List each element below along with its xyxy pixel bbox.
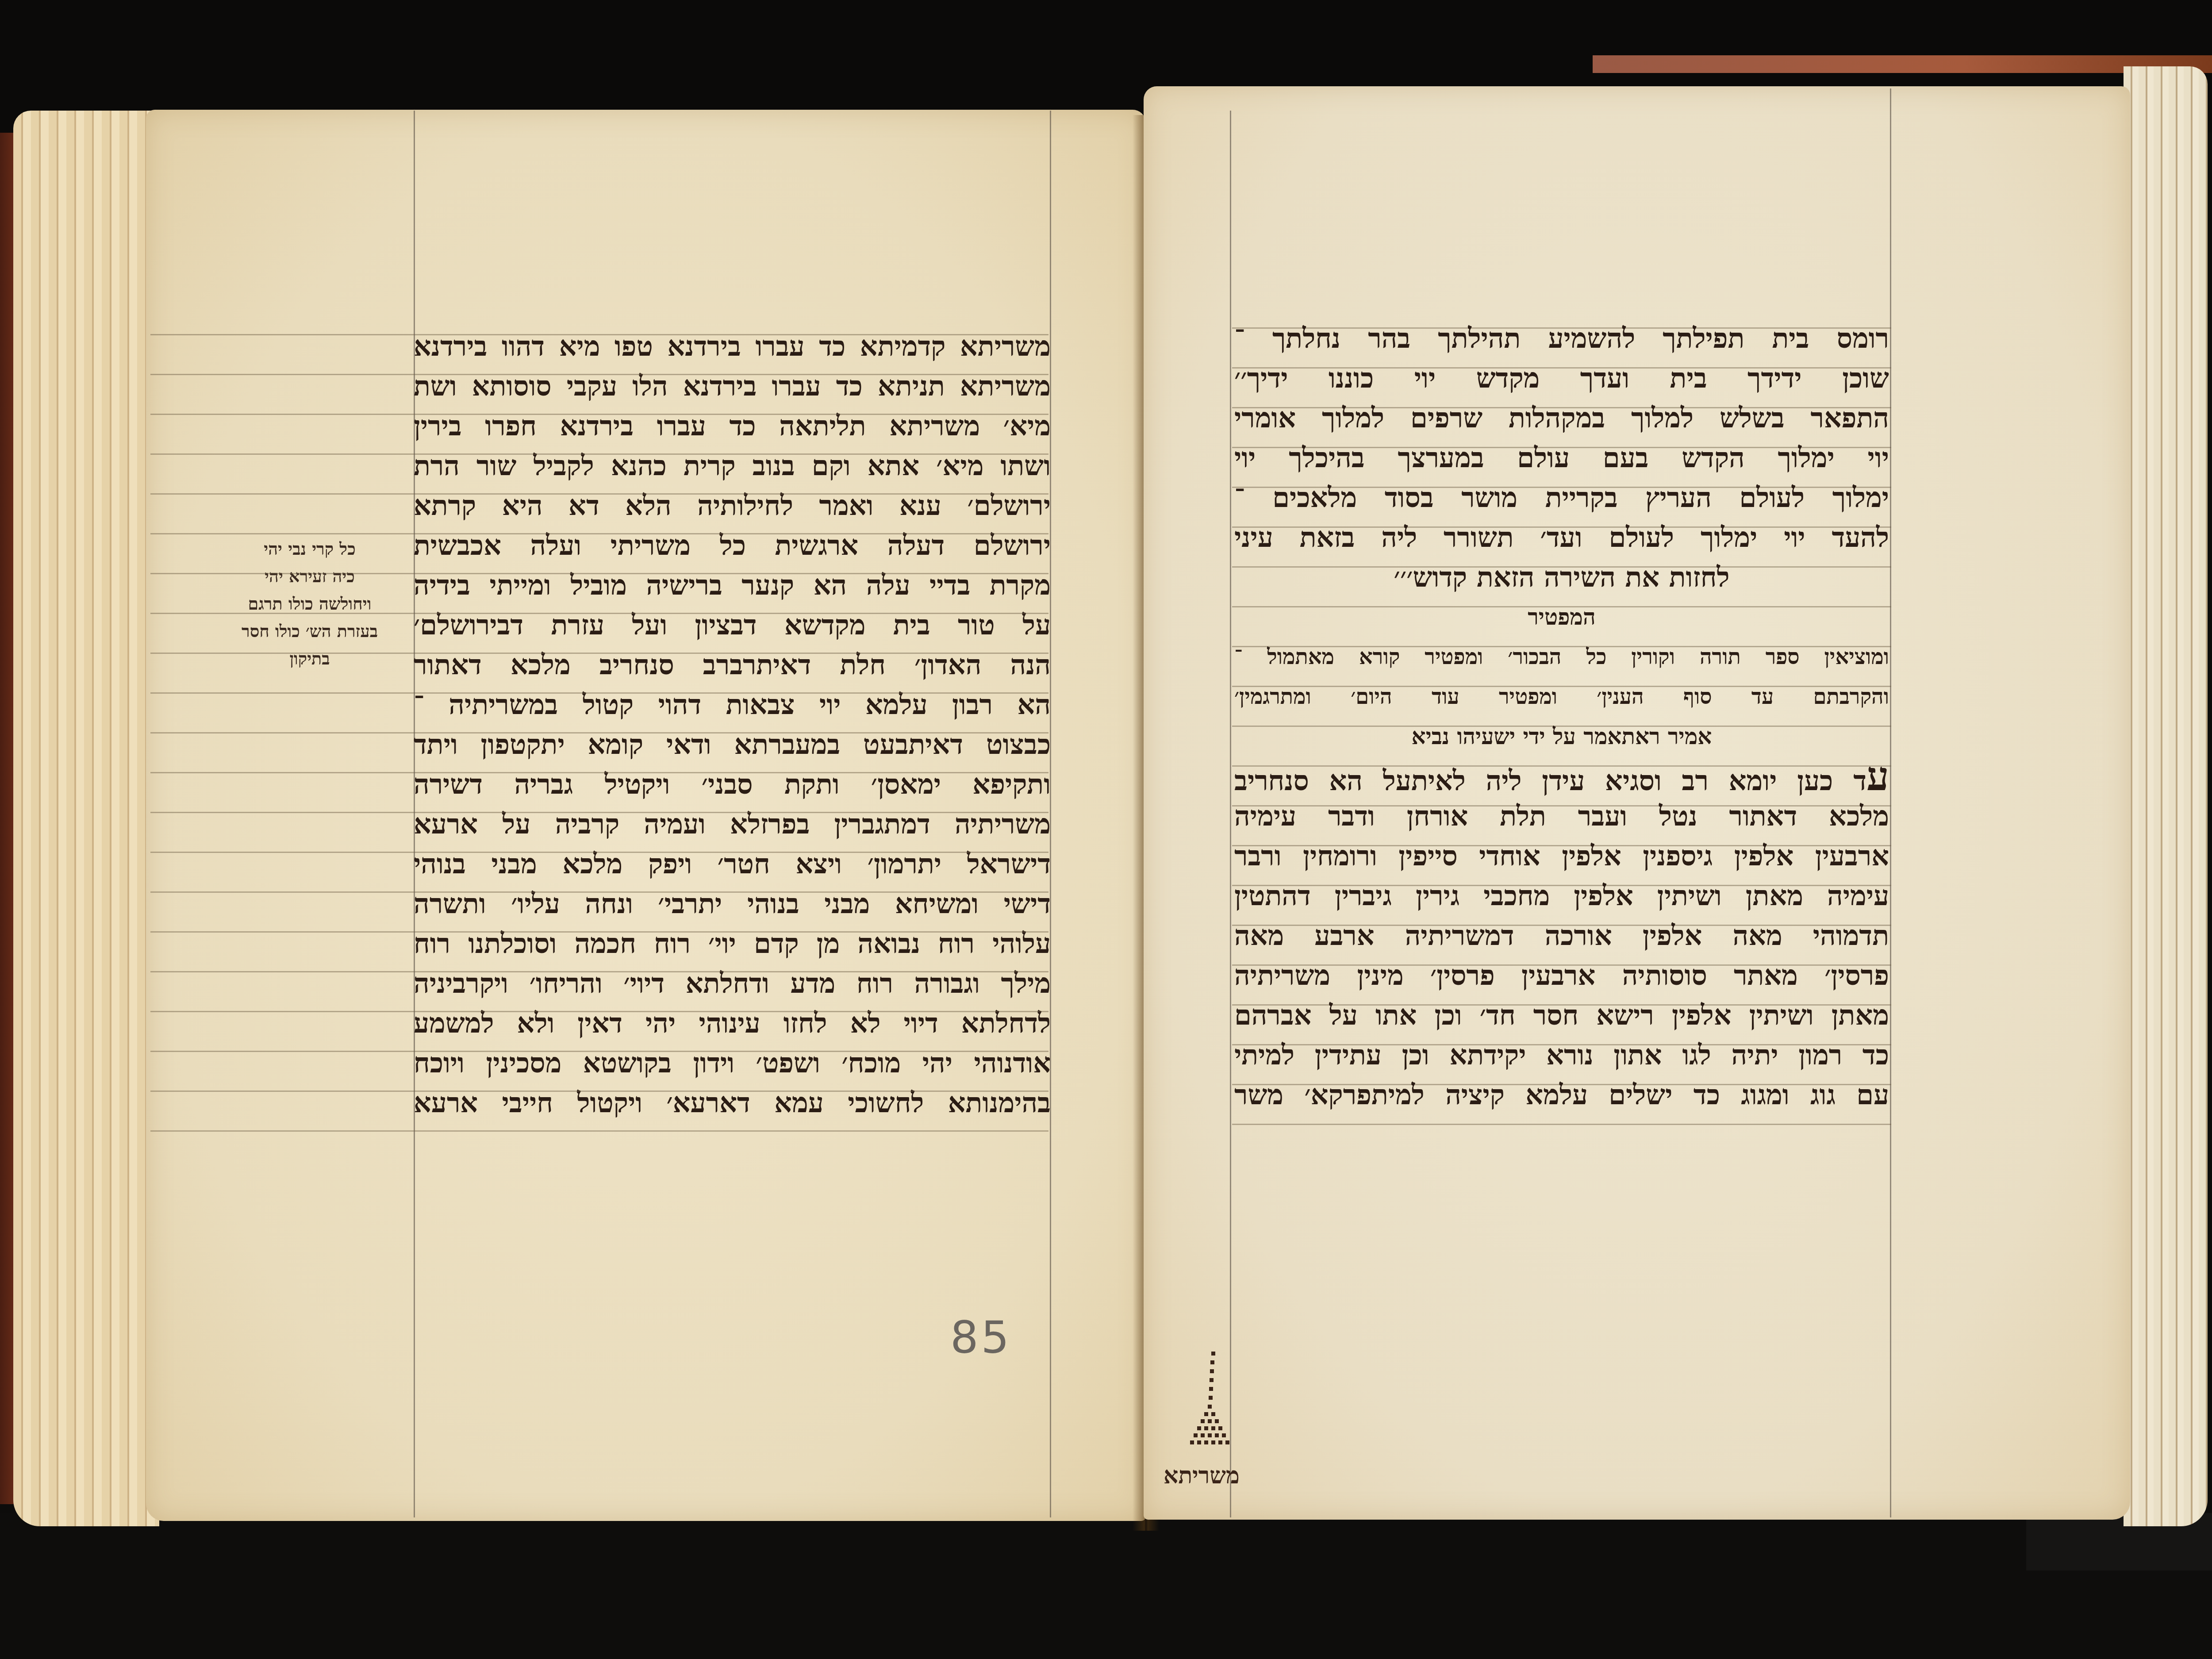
text-line: מיא׳ משריתא תליתאה כד עברו בירדנא חפרו ב… [414,406,1051,446]
text-line: מלכא דאתור נטל ועבר תלת אורחן ודבר עימיה [1234,796,1889,836]
ruling-line [150,1051,1048,1052]
rubric-line: ומוציאין ספר תורה וקורין כל הבכור׳ ומפטי… [1234,637,1889,677]
right-page-ruling-vertical-inner [1230,111,1231,1517]
text-line: רומס בית תפילתך להשמיע תהילתך בהר נחלתך … [1234,319,1889,358]
margin-note-line: כיה זעירא יהי [204,563,416,590]
text-line: מילך וגבורה רוח מדע ודחלתא דיוי׳ והריחו׳… [414,964,1051,1003]
text-line: כבצוט דאיתבעט במעברתא ודאי קומא יתקטפון … [414,725,1051,764]
ruling-line [150,653,1048,654]
text-line: משריתא קדמיתא כד עברו בירדנא טפו מיא דהו… [414,326,1051,366]
text-line: פרסין׳ מאתר סוסותיה ארבעין פרסין׳ מינין … [1234,956,1889,995]
margin-note-line: בתיקון [204,645,416,672]
text-line: עם גוג ומגוג כד ישלים עלמא קיציה למיתפרק… [1234,1075,1889,1115]
ruling-line [150,692,1048,694]
text-line: לדחלתא דיוי לא לחזו עינוהי יהי דאין ולא … [414,1003,1051,1043]
text-line: עלוהי רוח נבואה מן קדם יוי׳ רוח חכמה וסו… [414,924,1051,964]
text-line: כד רמון יתיה לגו אתון נורא יקידתא וכן עת… [1234,1035,1889,1075]
text-line: מאתן ושיתין אלפין רישא חסר חד׳ וכן אתו ע… [1234,995,1889,1035]
section-heading: אמיר ראתאמר על ידי ישעיהו נביא [1234,717,1889,757]
ruling-line [150,334,1048,335]
page-stack-right [2124,66,2208,1526]
text-line: יוי ימלוך הקדש בעם עולם במערצך בהיכלך יו… [1234,438,1889,478]
catchword: משריתא [1164,1462,1240,1489]
text-line: שוכן ידידך בית ועדך מקדש יוי כוננו ידיך׳… [1234,358,1889,398]
ruling-line [150,812,1048,813]
velvet-background-bottom [0,1513,2212,1659]
ruling-line [150,493,1048,495]
ruling-line [1232,1124,1891,1125]
text-line: משריתיה דמתגברין בפרזלא ועמיה קרביה על א… [414,804,1051,844]
text-line: ימלוך לעולם העריץ בקריית מושר בסוד מלאכי… [1234,478,1889,518]
ruling-line [150,414,1048,415]
ruling-line [150,533,1048,534]
text-line: לחזות את השירה הזאת קדוש׳׳׳ [1234,557,1889,597]
leather-binding-edge [1593,55,2212,73]
text-line: על טור בית מקדשא דבציון ועל עזרת דבירושל… [414,605,1051,645]
ruling-line [150,732,1048,733]
right-page-ruling-vertical-outer [1890,88,1891,1517]
margin-note-line: בעזרת הש׳ כולו חסר [204,618,416,645]
rubric-line: והקרבתם עד סוף הענין׳ ומפטיר עוד היום׳ ו… [1234,677,1889,717]
dotted-triangle-ornament-icon [1186,1349,1234,1460]
ruling-line [150,971,1048,972]
text-line: בהימנותא לחשוכי עמא דארעא׳ ויקטול חייבי … [414,1083,1051,1123]
section-heading: המפטיר [1234,597,1889,637]
text-line: עד כען יומא רב וסגיא עידן ליה לאיתעל הא … [1234,757,1889,796]
ruling-line [150,891,1048,893]
ruling-line [150,931,1048,933]
text-line: דישראל יתרמון׳ ויצא חטר׳ ויפק מלכא מבני … [414,844,1051,884]
left-page-text: משריתא קדמיתא כד עברו בירדנא טפו מיא דהו… [414,326,1051,1123]
ruling-line [150,1091,1048,1092]
text-line: התפאר בשלש למלוך במקהלות שרפים למלוך אומ… [1234,398,1889,438]
text-line: אודנוהי יהי מוכח׳ ושפט׳ וידון בקושטא מסכ… [414,1043,1051,1083]
text-line: ארבעין אלפין גיספנין אלפין אוחדי סייפין … [1234,836,1889,876]
text-line: דישי ומשיחא מבני בנוהי יתרבי׳ ונחה עליו׳… [414,884,1051,924]
text-line: ירושלם׳ ענא ואמר לחילותיה הלא דא היא קרת… [414,486,1051,526]
text-line: ותקיפא ימאסן׳ ותקת סבני׳ ויקטיל גבריה דש… [414,764,1051,804]
text-line: להעד יוי ימלוך לעולם ועד׳ תשורר ליה בזאת… [1234,518,1889,557]
text-line: הנה האדון׳ חלת דאיתרברב סנחריב מלכא דאתו… [414,645,1051,685]
text-line: עימיה מאתן ושיתין אלפין מחכבי גירין גיבר… [1234,876,1889,916]
text-line: תדמוהי מאה אלפין אורכה דמשריתיה ארבע מאה [1234,916,1889,956]
ruling-line [150,1011,1048,1012]
ruling-line [150,852,1048,853]
text-line: הא רבון עלמא יוי צבאות דהוי קטול במשריתי… [414,685,1051,725]
manuscript-photo: כל קרי נבי יהי כיה זעירא יהי ויחולשה כול… [0,0,2212,1659]
ruling-line [150,573,1048,574]
text-line: מקרת בדיי עלה הא קנער ברישיה מוביל ומיית… [414,565,1051,605]
right-page-text: רומס בית תפילתך להשמיע תהילתך בהר נחלתך … [1234,319,1889,1115]
margin-note-line: כל קרי נבי יהי [204,535,416,563]
marginal-note: כל קרי נבי יהי כיה זעירא יהי ויחולשה כול… [204,535,416,672]
ruling-line [150,1130,1048,1132]
text-line: משריתא תניתא כד עברו בירדנא הלו עקבי סוס… [414,366,1051,406]
text-line: ירושלם דעלה ארגשית כל משריתי ועלה אכבשית [414,526,1051,565]
page-stack-left [13,111,159,1526]
ruling-line [150,453,1048,455]
pencil-folio-number: 85 [950,1312,1012,1363]
ruling-line [150,772,1048,773]
text-line: ושתו מיא׳ אתא וקם בנוב קרית כהנא לקביל ש… [414,446,1051,486]
ruling-line [150,613,1048,614]
ruling-line [150,374,1048,375]
